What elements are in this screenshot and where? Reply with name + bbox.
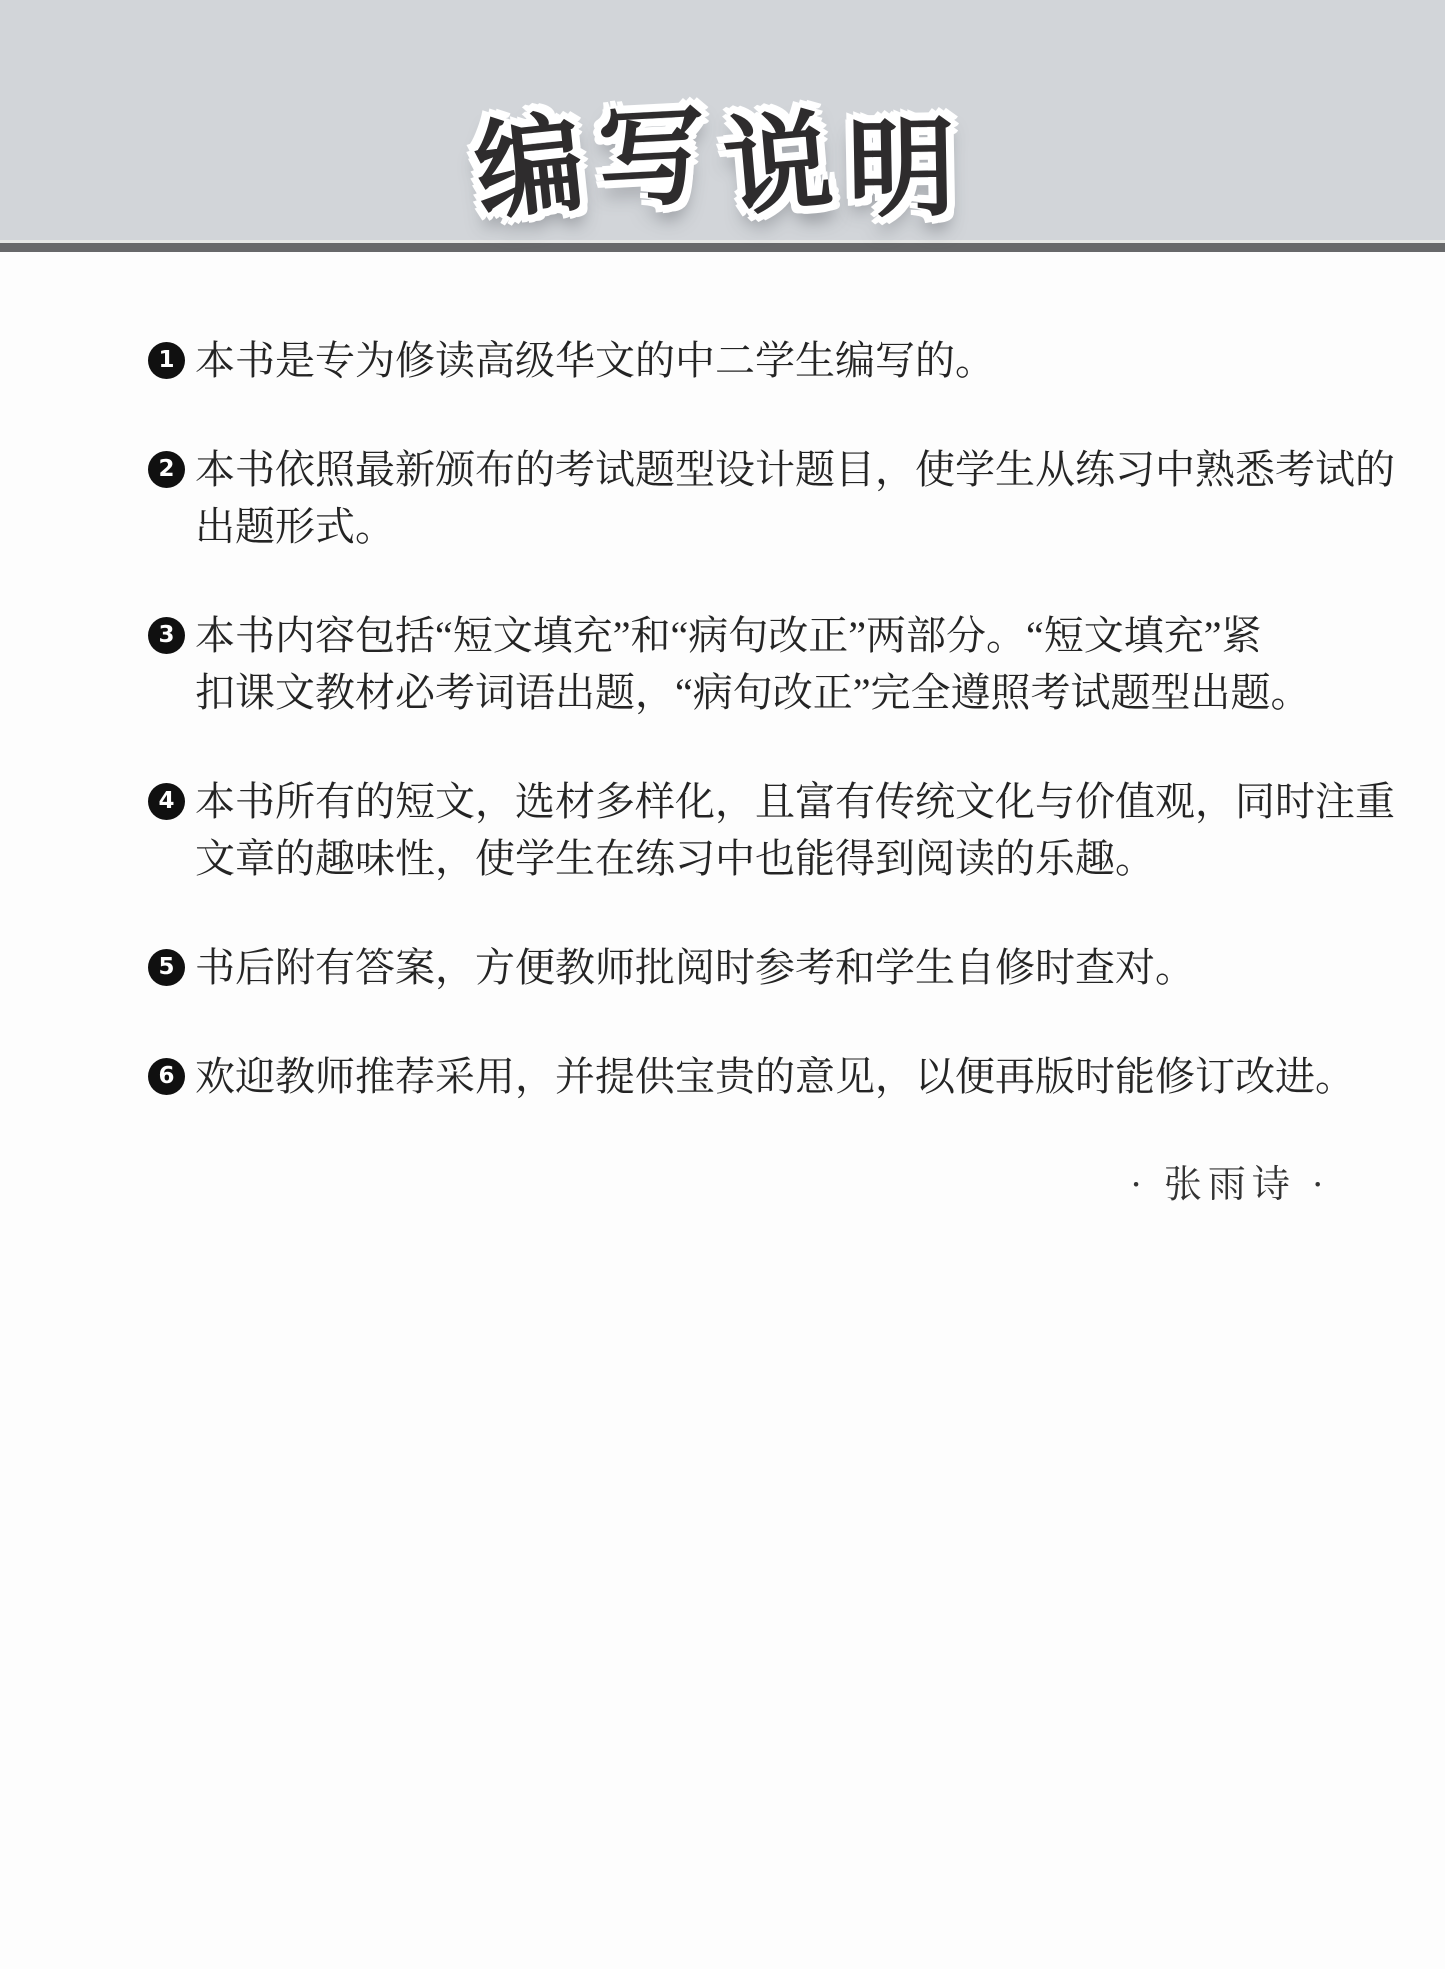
page-title: 编写说明 xyxy=(474,75,970,230)
item-number-badge: 2 xyxy=(148,451,185,488)
list-item: 4 本书所有的短文，选材多样化，且富有传统文化与价值观，同时注重 文章的趣味性，… xyxy=(148,773,1345,887)
author-signature: · 张雨诗 · xyxy=(148,1157,1345,1214)
item-text-line: 本书内容包括“短文填充”和“病句改正”两部分。“短文填充”紧 xyxy=(195,607,1311,664)
item-text: 欢迎教师推荐采用，并提供宝贵的意见，以便再版时能修订改进。 xyxy=(195,1048,1355,1105)
preface-notes-list: 1 本书是专为修读高级华文的中二学生编写的。 2 本书依照最新颁布的考试题型设计… xyxy=(0,252,1445,1214)
item-text-line: 扣课文教材必考词语出题，“病句改正”完全遵照考试题型出题。 xyxy=(195,664,1311,721)
header-band: 编写说明 xyxy=(0,0,1445,240)
list-item: 2 本书依照最新颁布的考试题型设计题目，使学生从练习中熟悉考试的 出题形式。 xyxy=(148,441,1345,555)
list-item: 3 本书内容包括“短文填充”和“病句改正”两部分。“短文填充”紧 扣课文教材必考… xyxy=(148,607,1345,721)
item-text-line: 出题形式。 xyxy=(195,498,1395,555)
item-text: 本书依照最新颁布的考试题型设计题目，使学生从练习中熟悉考试的 出题形式。 xyxy=(195,441,1395,555)
item-number-badge: 6 xyxy=(148,1058,185,1095)
item-number-badge: 3 xyxy=(148,617,185,654)
header-divider-bar xyxy=(0,243,1445,252)
item-text: 书后附有答案，方便教师批阅时参考和学生自修时查对。 xyxy=(195,939,1195,996)
item-text: 本书内容包括“短文填充”和“病句改正”两部分。“短文填充”紧 扣课文教材必考词语… xyxy=(195,607,1311,721)
item-number-badge: 5 xyxy=(148,949,185,986)
item-text-line: 本书所有的短文，选材多样化，且富有传统文化与价值观，同时注重 xyxy=(195,773,1395,830)
item-number-badge: 4 xyxy=(148,783,185,820)
item-text-line: 欢迎教师推荐采用，并提供宝贵的意见，以便再版时能修订改进。 xyxy=(195,1048,1355,1105)
item-text-line: 本书是专为修读高级华文的中二学生编写的。 xyxy=(195,332,995,389)
item-text: 本书所有的短文，选材多样化，且富有传统文化与价值观，同时注重 文章的趣味性，使学… xyxy=(195,773,1395,887)
item-number-badge: 1 xyxy=(148,342,185,379)
item-text-line: 文章的趣味性，使学生在练习中也能得到阅读的乐趣。 xyxy=(195,830,1395,887)
item-text-line: 本书依照最新颁布的考试题型设计题目，使学生从练习中熟悉考试的 xyxy=(195,441,1395,498)
item-text-line: 书后附有答案，方便教师批阅时参考和学生自修时查对。 xyxy=(195,939,1195,996)
item-text: 本书是专为修读高级华文的中二学生编写的。 xyxy=(195,332,995,389)
book-preface-page: 编写说明 1 本书是专为修读高级华文的中二学生编写的。 2 本书依照最新颁布的考… xyxy=(0,0,1445,1969)
list-item: 1 本书是专为修读高级华文的中二学生编写的。 xyxy=(148,332,1345,389)
list-item: 6 欢迎教师推荐采用，并提供宝贵的意见，以便再版时能修订改进。 xyxy=(148,1048,1345,1105)
list-item: 5 书后附有答案，方便教师批阅时参考和学生自修时查对。 xyxy=(148,939,1345,996)
